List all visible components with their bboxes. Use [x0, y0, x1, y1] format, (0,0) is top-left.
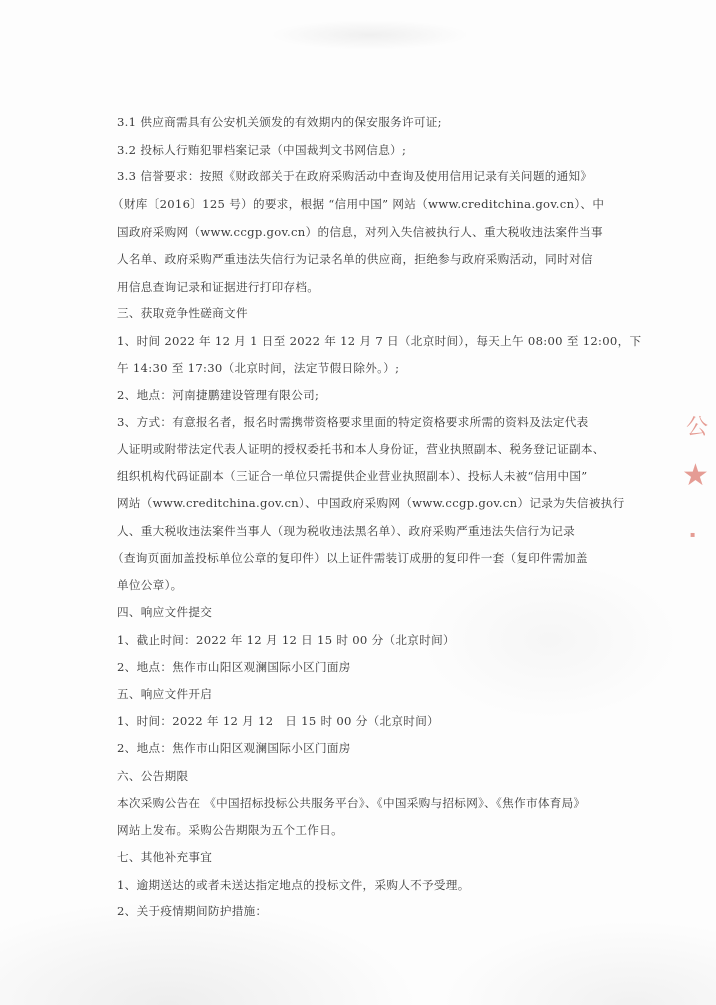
scanned-document-page: 3.1 供应商需具有公安机关颁发的有效期内的保安服务许可证; 3.2 投标人行贿…: [0, 0, 716, 1005]
obtain-time: 1、时间 2022 年 12 月 1 日至 2022 年 12 月 7 日（北京…: [117, 333, 602, 349]
requirement-3-3-cont: 人名单、政府采购严重违法失信行为记录名单的供应商，拒绝参与政府采购活动，同时对信: [117, 251, 602, 267]
scan-shadow: [270, 20, 470, 50]
seal-star-icon: ★: [682, 458, 709, 493]
scan-shadow: [440, 920, 716, 1005]
requirement-3-3-cont: 用信息查询记录和证据进行打印存档。: [117, 279, 602, 295]
obtain-time-cont: 午 14:30 至 17:30（北京时间，法定节假日除外。）;: [117, 360, 602, 376]
requirement-3-3: 3.3 信誉要求：按照《财政部关于在政府采购活动中查询及使用信用记录有关问题的通…: [117, 168, 602, 184]
supplement-item-1: 1、逾期送达的或者未送达指定地点的投标文件，采购人不予受理。: [117, 877, 602, 893]
official-seal-stamp: 公 ★ ▪: [676, 400, 716, 550]
section-heading-7: 七、其他补充事宜: [117, 849, 602, 865]
obtain-method-cont: 网站（www.creditchina.gov.cn）、中国政府采购网（www.c…: [117, 495, 602, 511]
obtain-location: 2、地点：河南捷鹏建设管理有限公司;: [117, 387, 602, 403]
announcement-period-cont: 网站上发布。采购公告期限为五个工作日。: [117, 822, 602, 838]
announcement-period: 本次采购公告在 《中国招标投标公共服务平台》、《中国采购与招标网》、《焦作市体育…: [117, 795, 602, 811]
section-heading-4: 四、响应文件提交: [117, 604, 602, 620]
requirement-3-3-cont: （财库〔2016〕125 号）的要求，根据 “信用中国” 网站（www.cred…: [112, 196, 597, 212]
requirement-3-1: 3.1 供应商需具有公安机关颁发的有效期内的保安服务许可证;: [117, 114, 602, 130]
section-heading-6: 六、公告期限: [117, 768, 602, 784]
section-heading-3: 三、获取竞争性磋商文件: [117, 305, 602, 321]
supplement-item-2: 2、关于疫情期间防护措施：: [117, 903, 602, 919]
seal-character: 公: [686, 410, 708, 441]
obtain-method-cont: 组织机构代码证副本（三证合一单位只需提供企业营业执照副本）、投标人未被“信用中国…: [117, 468, 602, 484]
submission-location: 2、地点：焦作市山阳区观澜国际小区门面房: [117, 659, 602, 675]
seal-mark: ▪: [690, 530, 695, 539]
obtain-method-cont: 人证明或附带法定代表人证明的授权委托书和本人身份证，营业执照副本、税务登记证副本…: [117, 441, 602, 457]
section-heading-5: 五、响应文件开启: [117, 686, 602, 702]
opening-location: 2、地点：焦作市山阳区观澜国际小区门面房: [117, 740, 602, 756]
obtain-method-cont: （查询页面加盖投标单位公章的复印件）以上证件需装订成册的复印件一套（复印件需加盖: [112, 550, 597, 566]
submission-deadline: 1、截止时间：2022 年 12 月 12 日 15 时 00 分（北京时间）: [117, 632, 602, 648]
obtain-method-cont: 单位公章）。: [117, 577, 602, 593]
obtain-method: 3、方式：有意报名者，报名时需携带资格要求里面的特定资格要求所需的资料及法定代表: [117, 414, 602, 430]
opening-time: 1、时间：2022 年 12 月 12 日 15 时 00 分（北京时间）: [117, 713, 602, 729]
requirement-3-2: 3.2 投标人行贿犯罪档案记录（中国裁判文书网信息）;: [117, 142, 602, 158]
requirement-3-3-cont: 国政府采购网（www.ccgp.gov.cn）的信息，对列入失信被执行人、重大税…: [117, 224, 602, 240]
obtain-method-cont: 人、重大税收违法案件当事人（现为税收违法黑名单）、政府采购严重违法失信行为记录: [117, 523, 602, 539]
